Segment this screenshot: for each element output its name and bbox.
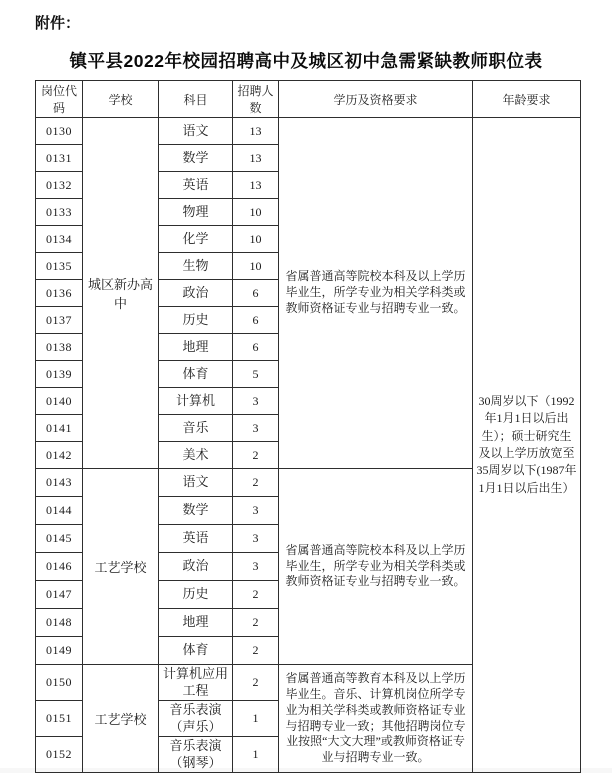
subject-cell: 历史 [159,581,233,609]
table-row: 0130城区新办高中语文13省属普通高等院校本科及以上学历毕业生，所学专业为相关… [36,118,581,145]
position-code-cell: 0141 [36,415,83,442]
header-position-code: 岗位代码 [36,81,83,118]
position-code-cell: 0152 [36,737,83,773]
subject-cell: 美术 [159,442,233,469]
school-cell: 工艺学校 [83,469,159,665]
subject-cell: 音乐表演（声乐） [159,701,233,737]
recruit-count-cell: 13 [233,172,279,199]
recruit-count-cell: 2 [233,665,279,701]
recruit-count-cell: 6 [233,280,279,307]
subject-cell: 音乐 [159,415,233,442]
recruit-count-cell: 3 [233,415,279,442]
recruit-count-cell: 1 [233,737,279,773]
position-code-cell: 0134 [36,226,83,253]
position-code-cell: 0150 [36,665,83,701]
position-code-cell: 0145 [36,525,83,553]
subject-cell: 地理 [159,334,233,361]
subject-cell: 数学 [159,497,233,525]
subject-cell: 语文 [159,469,233,497]
position-code-cell: 0140 [36,388,83,415]
position-code-cell: 0142 [36,442,83,469]
position-code-cell: 0146 [36,553,83,581]
subject-cell: 化学 [159,226,233,253]
recruit-count-cell: 1 [233,701,279,737]
recruit-count-cell: 6 [233,307,279,334]
attachment-label: 附件： [35,12,80,33]
position-code-cell: 0144 [36,497,83,525]
position-code-cell: 0147 [36,581,83,609]
positions-table: 岗位代码 学校 科目 招聘人数 学历及资格要求 年龄要求 0130城区新办高中语… [35,80,581,773]
subject-cell: 地理 [159,609,233,637]
header-school: 学校 [83,81,159,118]
recruit-count-cell: 2 [233,442,279,469]
qualification-requirement-cell: 省属普通高等院校本科及以上学历毕业生，所学专业为相关学科类或教师资格证专业与招聘… [279,118,473,469]
page-title: 镇平县2022年校园招聘高中及城区初中急需紧缺教师职位表 [0,48,612,73]
subject-cell: 体育 [159,361,233,388]
recruit-count-cell: 2 [233,581,279,609]
position-code-cell: 0130 [36,118,83,145]
age-requirement-cell: 30周岁以下（1992年1月1日以后出生）；硕士研究生及以上学历放宽至35周岁以… [473,118,581,773]
recruit-count-cell: 13 [233,145,279,172]
position-code-cell: 0143 [36,469,83,497]
position-code-cell: 0148 [36,609,83,637]
subject-cell: 英语 [159,525,233,553]
header-subject: 科目 [159,81,233,118]
school-cell: 工艺学校 [83,665,159,773]
recruit-count-cell: 2 [233,637,279,665]
qualification-requirement-cell: 省属普通高等教育本科及以上学历毕业生。音乐、计算机岗位所学专业为相关学科类或教师… [279,665,473,773]
subject-cell: 数学 [159,145,233,172]
recruit-count-cell: 2 [233,609,279,637]
subject-cell: 物理 [159,199,233,226]
recruit-count-cell: 3 [233,553,279,581]
recruit-count-cell: 6 [233,334,279,361]
position-code-cell: 0149 [36,637,83,665]
position-code-cell: 0151 [36,701,83,737]
recruit-count-cell: 5 [233,361,279,388]
recruit-count-cell: 3 [233,388,279,415]
header-recruit-count: 招聘人数 [233,81,279,118]
position-code-cell: 0139 [36,361,83,388]
recruit-count-cell: 3 [233,525,279,553]
recruit-count-cell: 10 [233,226,279,253]
position-code-cell: 0138 [36,334,83,361]
recruit-count-cell: 2 [233,469,279,497]
subject-cell: 计算机 [159,388,233,415]
position-code-cell: 0136 [36,280,83,307]
subject-cell: 音乐表演（钢琴） [159,737,233,773]
qualification-requirement-cell: 省属普通高等院校本科及以上学历毕业生，所学专业为相关学科类或教师资格证专业与招聘… [279,469,473,665]
document-page: 附件： 镇平县2022年校园招聘高中及城区初中急需紧缺教师职位表 岗位代码 学校… [0,0,612,768]
position-code-cell: 0132 [36,172,83,199]
subject-cell: 语文 [159,118,233,145]
subject-cell: 英语 [159,172,233,199]
subject-cell: 计算机应用工程 [159,665,233,701]
subject-cell: 政治 [159,280,233,307]
position-code-cell: 0131 [36,145,83,172]
header-qualification: 学历及资格要求 [279,81,473,118]
table-body: 0130城区新办高中语文13省属普通高等院校本科及以上学历毕业生，所学专业为相关… [36,118,581,773]
recruit-count-cell: 13 [233,118,279,145]
recruit-count-cell: 3 [233,497,279,525]
school-cell: 城区新办高中 [83,118,159,469]
subject-cell: 政治 [159,553,233,581]
subject-cell: 生物 [159,253,233,280]
position-code-cell: 0133 [36,199,83,226]
subject-cell: 历史 [159,307,233,334]
header-row: 岗位代码 学校 科目 招聘人数 学历及资格要求 年龄要求 [36,81,581,118]
header-age-requirement: 年龄要求 [473,81,581,118]
position-code-cell: 0135 [36,253,83,280]
recruit-count-cell: 10 [233,253,279,280]
recruit-count-cell: 10 [233,199,279,226]
position-code-cell: 0137 [36,307,83,334]
subject-cell: 体育 [159,637,233,665]
